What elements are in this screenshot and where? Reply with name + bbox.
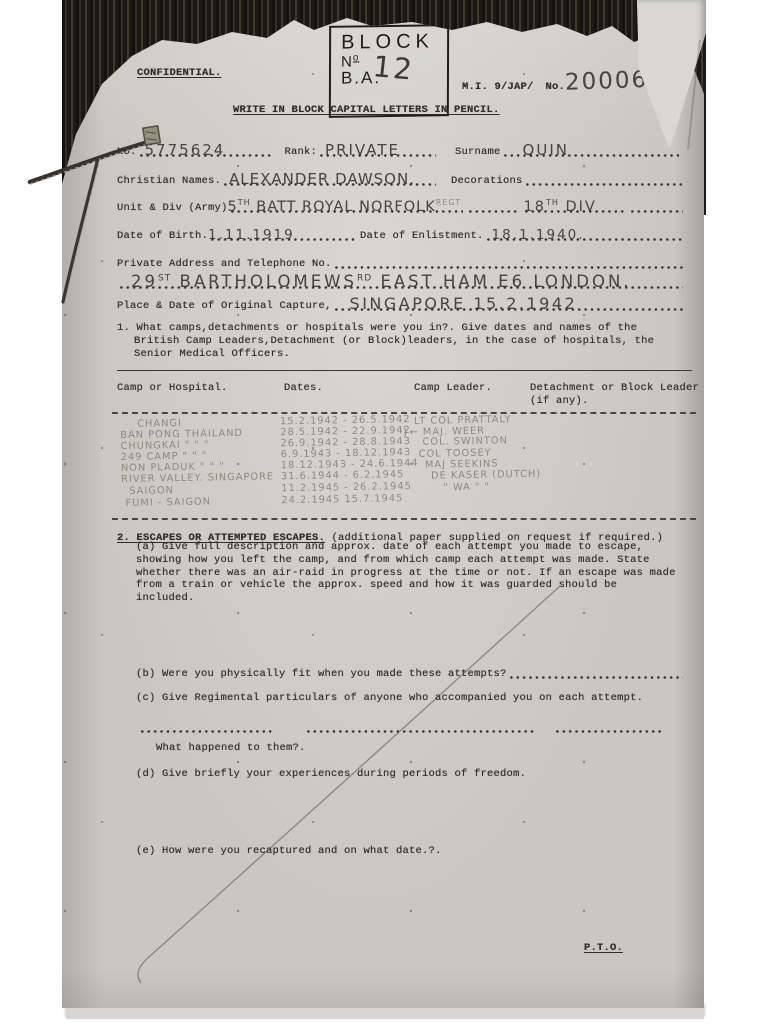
question-2c-followup: What happened to them?. <box>156 742 306 754</box>
enlistment-label: Date of Enlistment. <box>360 230 484 242</box>
rank-field: PRIVATE <box>317 145 439 158</box>
camp-cell: FUMI - SAIGON <box>125 497 211 508</box>
unit-label: Unit & Div (Army) <box>117 202 228 214</box>
question-2a: (a) Give full description and approx. da… <box>136 541 681 605</box>
leader-cell: DE KASER (DUTCH) <box>431 470 541 482</box>
decorations-field <box>523 174 686 187</box>
scanned-document-photo: CONFIDENTIAL. BLOCK No 12 B.A. M.I. 9/JA… <box>0 0 772 1024</box>
address-value: 29ST BARTHOLOMEWSRD EAST HAM E6 LONDON. <box>131 274 632 291</box>
rank-value: PRIVATE <box>325 143 400 158</box>
christian-names-label: Christian Names. <box>117 175 221 187</box>
unit-field: 5TH BATT ROYAL NORFOLKREGT <box>228 201 466 214</box>
row-unit-div: Unit & Div (Army) 5TH BATT ROYAL NORFOLK… <box>117 198 686 214</box>
enlistment-value: 18.1.1940. <box>492 229 585 243</box>
unit-gap-dots <box>466 201 522 214</box>
rank-label: Rank: <box>285 146 318 158</box>
christian-names-value: ALEXANDER DAWSON. <box>229 172 415 187</box>
table-top-rule <box>117 370 692 371</box>
form-instruction: WRITE IN BLOCK CAPITAL LETTERS IN PENCIL… <box>233 104 500 116</box>
surname-field: QUIN <box>501 145 686 158</box>
leader-cell: COL. SWINTON <box>422 436 508 447</box>
row-christian-decorations: Christian Names. ALEXANDER DAWSON. Decor… <box>117 171 686 187</box>
question-1: 1. What camps,detachments or hospitals w… <box>117 322 686 360</box>
question-2c: (c) Give Regimental particulars of anyon… <box>136 692 643 704</box>
ref-label: M.I. 9/JAP/ <box>462 81 534 93</box>
surname-value: QUIN <box>523 143 569 158</box>
div-value: 18TH DIV <box>524 199 597 214</box>
date-of-birth-label: Date of Birth. <box>117 230 208 242</box>
capture-label: Place & Date of Original Capture, <box>117 300 332 312</box>
dates-cell: 24.2.1945 15.7.1945 <box>281 494 403 506</box>
ref-no-label: No. <box>546 81 566 93</box>
stamp-line3: B.A. <box>341 67 447 88</box>
answer-dots-1 <box>138 721 278 734</box>
pto-marking: P.T.O. <box>584 942 623 954</box>
question-2b-dots <box>507 667 686 680</box>
leader-cell: " WA " " <box>443 483 490 494</box>
unit-value: 5TH BATT ROYAL NORFOLKREGT <box>228 199 462 214</box>
answer-dots-3 <box>553 721 664 734</box>
camp-cell: SAIGON <box>129 486 174 497</box>
number-value: 5775624 <box>145 143 226 158</box>
camp-cell: RIVER VALLEY. SINGAPORE <box>121 472 274 484</box>
col-header-leader: Camp Leader. <box>414 382 492 394</box>
row-birth-enlistment: Date of Birth. 1.11.1919 Date of Enlistm… <box>117 226 686 242</box>
address-field: 29ST BARTHOLOMEWSRD EAST HAM E6 LONDON. <box>117 270 686 290</box>
question-2b: (b) Were you physically fit when you mad… <box>136 668 507 680</box>
question-2e: (e) How were you recaptured and on what … <box>136 845 442 857</box>
christian-names-field: ALEXANDER DAWSON. <box>221 174 439 187</box>
question-2d: (d) Give briefly your experiences during… <box>136 768 526 780</box>
number-field: 5775624 <box>137 145 275 158</box>
div-field: 18TH DIV <box>522 201 628 214</box>
surname-label: Surname <box>455 146 501 158</box>
capture-field: SINGAPORE 15.2.1942 <box>332 299 686 312</box>
dates-cell: 31.6.1944 - 6.2.1945 <box>281 470 404 482</box>
col-header-detachment: Detachment or Block Leader (if any). <box>530 382 702 408</box>
col-header-camp: Camp or Hospital. <box>117 382 228 394</box>
question-2b-row: (b) Were you physically fit when you mad… <box>136 664 686 680</box>
row-address-value: 29ST BARTHOLOMEWSRD EAST HAM E6 LONDON. <box>117 266 686 290</box>
leader-cell: LT COL PRATTALY <box>414 415 512 426</box>
camp-table-entries: CHANGI 15.2.1942 - 26.5.1942 LT COL PRAT… <box>62 406 706 517</box>
row-capture: Place & Date of Original Capture, SINGAP… <box>117 296 686 312</box>
dates-cell: 11.2.1945 - 26.2.1945 <box>281 482 412 494</box>
date-of-birth-field: 1.11.1919 <box>208 229 360 242</box>
question-2c-answer-line <box>138 718 664 734</box>
camp-cell: CHANGI <box>137 419 182 430</box>
date-of-birth-value: 1.11.1919 <box>208 229 295 243</box>
col-header-dates: Dates. <box>284 382 323 394</box>
number-label: No. <box>117 146 137 158</box>
answer-dots-2 <box>304 721 539 734</box>
confidential-marking: CONFIDENTIAL. <box>137 67 222 79</box>
decorations-label: Decorations <box>451 175 523 187</box>
form-page: CONFIDENTIAL. BLOCK No 12 B.A. M.I. 9/JA… <box>62 14 704 1008</box>
unit-trailing-dots <box>628 201 686 214</box>
capture-value: SINGAPORE 15.2.1942 <box>350 296 578 312</box>
enlistment-field: 18.1.1940. <box>484 229 686 242</box>
table-bottom-rule <box>112 518 696 520</box>
row-number-rank-surname: No. 5775624 Rank: PRIVATE Surname QUIN <box>117 142 686 158</box>
